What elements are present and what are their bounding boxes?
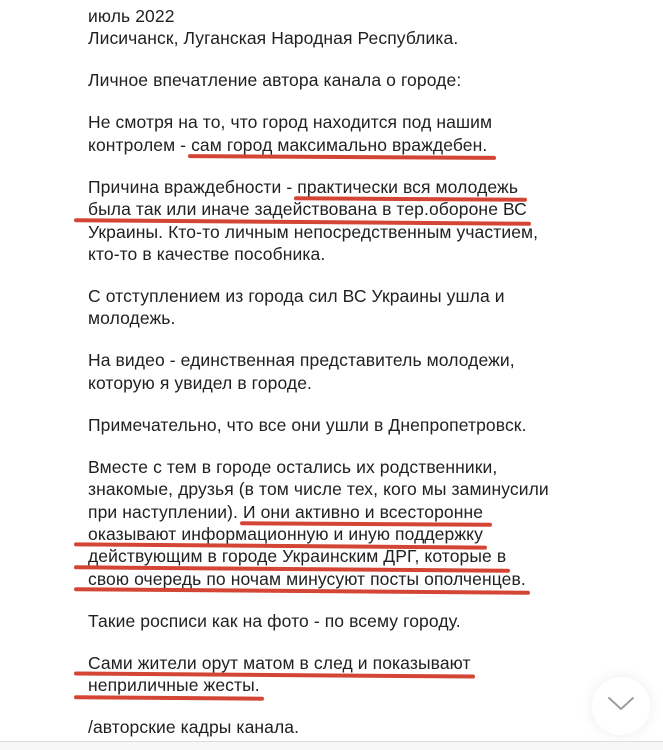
bottom-edge-bar (0, 741, 663, 750)
text-segment: которую я увидел в городе. (88, 373, 312, 393)
text-line: Сами жители орут матом в след и показыва… (88, 652, 643, 674)
text-segment: Личное впечатление автора канала о город… (88, 70, 461, 90)
underlined-text-segment: сам город максимально враждебен. (191, 135, 487, 155)
document-text: июль 2022Лисичанск, Луганская Народная Р… (88, 5, 643, 739)
text-line: при наступлении). И они активно и всесто… (88, 501, 643, 523)
paragraph: июль 2022Лисичанск, Луганская Народная Р… (88, 5, 643, 50)
paragraph: Не смотря на то, что город находится под… (88, 111, 643, 156)
text-segment: Такие росписи как на фото - по всему гор… (88, 611, 461, 631)
text-line: Вместе с тем в городе остались их родств… (88, 456, 643, 478)
paragraph: С отступлением из города сил ВС Украины … (88, 285, 643, 330)
text-line: Лисичанск, Луганская Народная Республика… (88, 27, 643, 49)
text-segment: Причина враждебности - (88, 177, 297, 197)
text-segment: Вместе с тем в городе остались их родств… (88, 457, 497, 477)
paragraph: На видео - единственная представитель мо… (88, 349, 643, 394)
paragraph: Примечательно, что все они ушли в Днепро… (88, 414, 643, 436)
text-line: Украины. Кто-то личным непосредственным … (88, 221, 643, 243)
text-line: Не смотря на то, что город находится под… (88, 111, 643, 133)
paragraph: Такие росписи как на фото - по всему гор… (88, 610, 643, 632)
text-line: молодежь. (88, 307, 643, 329)
text-line: кто-то в качестве пособника. (88, 243, 643, 265)
text-segment: знакомые, друзья (в том числе тех, кого … (88, 479, 549, 499)
paragraph: /авторские кадры канала. (88, 716, 643, 738)
underlined-text-segment: неприличные жесты. (88, 675, 260, 695)
text-segment: контролем - (88, 135, 191, 155)
underlined-text-segment: свою очередь по ночам минусуют посты опо… (88, 569, 526, 589)
text-line: действующим в городе Украинским ДРГ, кот… (88, 545, 643, 567)
text-line: оказывают информационную и иную поддержк… (88, 523, 643, 545)
scroll-down-button[interactable] (592, 677, 650, 735)
paragraph: Сами жители орут матом в след и показыва… (88, 652, 643, 697)
chevron-down-icon (606, 695, 636, 712)
text-line: Личное впечатление автора канала о город… (88, 69, 643, 91)
screenshot-root: июль 2022Лисичанск, Луганская Народная Р… (0, 0, 663, 750)
text-segment: кто-то в качестве пособника. (88, 244, 325, 264)
underlined-text-segment: Сами жители орут матом в след и показыва… (88, 653, 471, 673)
text-segment: /авторские кадры канала. (88, 717, 299, 737)
text-segment: Украины. Кто-то личным непосредственным … (88, 222, 538, 242)
text-segment: С отступлением из города сил ВС Украины … (88, 286, 505, 306)
text-line: знакомые, друзья (в том числе тех, кого … (88, 478, 643, 500)
paragraph: Причина враждебности - практически вся м… (88, 176, 643, 266)
text-segment: На видео - единственная представитель мо… (88, 350, 515, 370)
underlined-text-segment: была так или иначе задействована в тер.о… (88, 199, 527, 219)
text-line: На видео - единственная представитель мо… (88, 349, 643, 371)
text-line: свою очередь по ночам минусуют посты опо… (88, 568, 643, 590)
underlined-text-segment: оказывают информационную и иную поддержк… (88, 524, 483, 544)
text-segment: июль 2022 (88, 6, 175, 26)
text-segment: Не смотря на то, что город находится под… (88, 112, 492, 132)
text-line: С отступлением из города сил ВС Украины … (88, 285, 643, 307)
text-segment: Лисичанск, Луганская Народная Республика… (88, 28, 458, 48)
paragraph: Вместе с тем в городе остались их родств… (88, 456, 643, 590)
text-line: /авторские кадры канала. (88, 716, 643, 738)
text-line: была так или иначе задействована в тер.о… (88, 198, 643, 220)
text-line: контролем - сам город максимально вражде… (88, 134, 643, 156)
text-line: неприличные жесты. (88, 674, 643, 696)
underlined-text-segment: практически вся молодежь (297, 177, 518, 197)
text-segment: Примечательно, что все они ушли в Днепро… (88, 415, 527, 435)
underlined-text-segment: И они активно и всесторонне (243, 502, 483, 522)
text-line: июль 2022 (88, 5, 643, 27)
text-line: Такие росписи как на фото - по всему гор… (88, 610, 643, 632)
underlined-text-segment: действующим в городе Украинским ДРГ, кот… (88, 546, 506, 566)
text-line: Примечательно, что все они ушли в Днепро… (88, 414, 643, 436)
text-line: Причина враждебности - практически вся м… (88, 176, 643, 198)
text-line: которую я увидел в городе. (88, 372, 643, 394)
paragraph: Личное впечатление автора канала о город… (88, 69, 643, 91)
text-segment: молодежь. (88, 308, 175, 328)
text-segment: при наступлении). (88, 502, 243, 522)
